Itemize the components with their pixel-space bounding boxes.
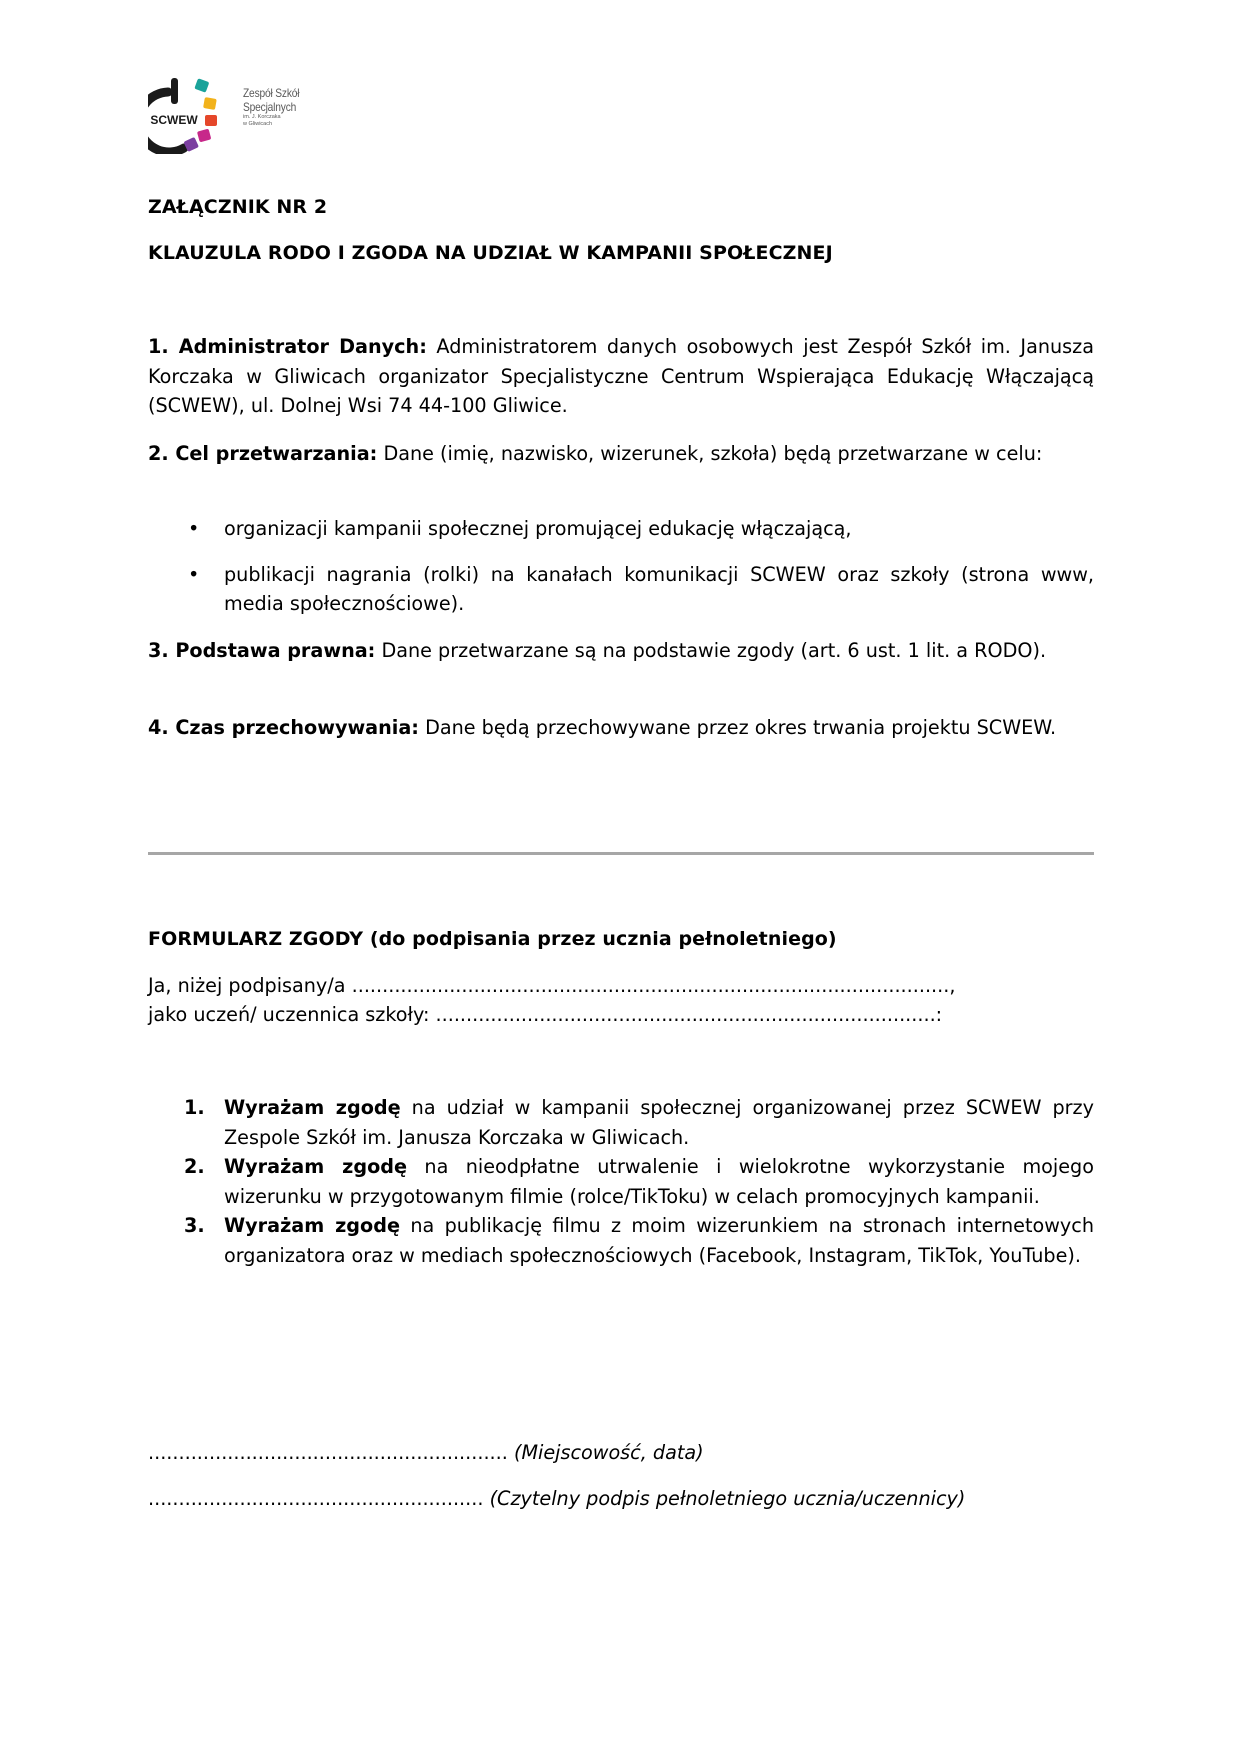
consent-number: 3. [184,1211,205,1241]
consent-number: 2. [184,1152,205,1182]
consent-bold: Wyrażam zgodę [224,1214,400,1237]
place-date-line: ........................................… [148,1438,704,1468]
list-item: • publikacji nagrania (rolki) na kanałac… [148,560,1094,619]
school-field-line: jako uczeń/ uczennica szkoły: ..........… [148,1000,1094,1030]
signature-line: ........................................… [148,1484,965,1514]
svg-text:SCWEW: SCWEW [150,113,198,127]
section-label: 1. Administrator Danych: [148,335,427,358]
section-purpose: 2. Cel przetwarzania: Dane (imię, nazwis… [148,439,1094,469]
logo-line-1: Zespół Szkół [243,86,299,100]
section-text: Dane będą przechowywane przez okres trwa… [419,716,1056,739]
consent-number: 1. [184,1093,205,1123]
section-legal-basis: 3. Podstawa prawna: Dane przetwarzane są… [148,636,1094,666]
section-administrator: 1. Administrator Danych: Administratorem… [148,332,1094,421]
signature-label: (Czytelny podpis pełnoletniego ucznia/uc… [490,1487,966,1510]
consent-item: 3. Wyrażam zgodę na publikację filmu z m… [148,1211,1094,1270]
consent-bold: Wyrażam zgodę [224,1096,401,1119]
signature-field[interactable]: ........................................… [148,1487,490,1510]
document-page: SCWEW Zespół Szkół Specjalnych im. J. Ko… [0,0,1241,1755]
section-retention: 4. Czas przechowywania: Dane będą przech… [148,713,1094,743]
logo-line-4: w Gliwicach [243,121,309,128]
consent-item: 1. Wyrażam zgodę na udział w kampanii sp… [148,1093,1094,1152]
consent-form-title: FORMULARZ ZGODY (do podpisania przez ucz… [148,928,1094,950]
logo-wordmark: Zespół Szkół Specjalnych im. J. Korczaka… [243,86,309,128]
section-text: Dane (imię, nazwisko, wizerunek, szkoła)… [377,442,1042,465]
bullet-icon: • [188,514,199,544]
consent-item: 2. Wyrażam zgodę na nieodpłatne utrwalen… [148,1152,1094,1211]
place-date-label: (Miejscowość, data) [514,1441,704,1464]
annex-number: ZAŁĄCZNIK NR 2 [148,196,1094,218]
list-item-text: publikacji nagrania (rolki) na kanałach … [224,563,1094,616]
consent-list: 1. Wyrażam zgodę na udział w kampanii sp… [148,1093,1094,1270]
list-item-text: organizacji kampanii społecznej promując… [224,517,851,540]
document-title: KLAUZULA RODO I ZGODA NA UDZIAŁ W KAMPAN… [148,242,1094,264]
name-label: Ja, niżej podpisany/a [148,974,352,997]
place-date-field[interactable]: ........................................… [148,1441,514,1464]
consent-bold: Wyrażam zgodę [224,1155,407,1178]
bullet-icon: • [188,560,199,590]
name-field[interactable]: ........................................… [352,974,956,997]
section-label: 3. Podstawa prawna: [148,639,375,662]
section-label: 2. Cel przetwarzania: [148,442,377,465]
purpose-list: • organizacji kampanii społecznej promuj… [148,514,1094,619]
horizontal-divider [148,852,1094,855]
scwew-power-logo-icon: SCWEW [148,78,240,154]
school-field[interactable]: ........................................… [436,1003,943,1026]
school-logo: SCWEW Zespół Szkół Specjalnych im. J. Ko… [148,78,288,154]
section-text: Dane przetwarzane są na podstawie zgody … [375,639,1046,662]
list-item: • organizacji kampanii społecznej promuj… [148,514,1094,544]
section-label: 4. Czas przechowywania: [148,716,419,739]
name-field-line: Ja, niżej podpisany/a ..................… [148,971,1094,1001]
school-label: jako uczeń/ uczennica szkoły: [148,1003,436,1026]
logo-line-3: im. J. Korczaka [243,114,309,121]
logo-line-2: Specjalnych [243,100,299,114]
